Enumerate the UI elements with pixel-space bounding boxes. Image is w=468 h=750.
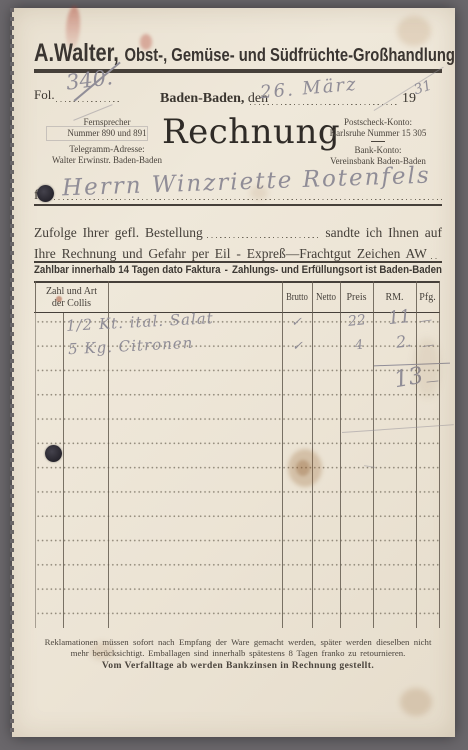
table-line — [35, 313, 36, 628]
conditions-line3: Vom Verfalltage ab werden Bankzinsen in … — [34, 660, 442, 671]
scanned-invoice: A.Walter, Obst-, Gemüse- und Südfrüchte-… — [0, 0, 468, 750]
table-line — [416, 313, 417, 628]
row2-rm: 2. — [395, 331, 412, 351]
collis-line2: der Collis — [35, 298, 108, 310]
contact-right-block: Postscheck-Konto: Karlsruhe Nummer 15 30… — [314, 117, 442, 166]
collis-line1: Zahl und Art — [35, 286, 108, 298]
row1-pfg: — — [419, 312, 433, 328]
terms-line: Zahlbar innerhalb 14 Tagen dato Faktura … — [34, 264, 442, 276]
punch-hole-middle — [45, 445, 62, 462]
folio-label: Fol. — [34, 87, 55, 103]
order-line1-left: Zufolge Ihrer gefl. Bestellung — [34, 225, 203, 241]
row1-brutto-check: ✓ — [291, 315, 302, 330]
folio-value-handwritten: 340. — [65, 65, 114, 95]
paper-stain — [400, 688, 432, 716]
order-line2-text: Ihre Rechnung und Gefahr per Eil - Expre… — [34, 246, 427, 262]
dateline-city: Baden-Baden, — [160, 91, 244, 106]
telegram-address: Walter Erwinstr. Baden-Baden — [40, 155, 174, 166]
order-line-1: Zufolge Ihrer gefl. Bestellung sandte ic… — [34, 225, 442, 241]
terms-separator: - — [225, 264, 228, 276]
telegram-label: Telegramm-Adresse: — [40, 144, 174, 155]
table-line — [108, 313, 109, 628]
company-name: A.Walter, — [34, 39, 119, 68]
col-header-rm: RM. — [373, 292, 416, 304]
col-header-collis: Zahl und Art der Collis — [35, 286, 108, 310]
recipient-name-handwritten: Herrn Winzriette Rotenfels — [62, 163, 431, 202]
col-header-preis: Preis — [340, 292, 373, 304]
col-header-pfg: Pfg. — [416, 292, 439, 304]
table-line — [373, 313, 374, 628]
row1-preis: 22 — [347, 312, 366, 330]
table-line — [439, 313, 440, 628]
total-pfg: — — [425, 373, 439, 389]
order-dotted-filler — [207, 237, 322, 238]
masthead: A.Walter, Obst-, Gemüse- und Südfrüchte-… — [34, 39, 455, 68]
dateline-dotted — [250, 104, 398, 105]
col-header-brutto: Brutto — [283, 292, 310, 304]
table-body-ruling — [35, 313, 440, 628]
contact-left-block: Fernsprecher Nummer 890 und 891 Telegram… — [40, 117, 174, 165]
row2-brutto-check: ✓ — [292, 339, 303, 354]
row1-rm: 11 — [387, 306, 412, 329]
postal-number: Karlsruhe Nummer 15 305 — [314, 128, 442, 139]
pencil-box-around-number — [46, 126, 148, 141]
conditions-line2: mehr berücksichtigt. Emballagen sind inn… — [34, 648, 442, 658]
recipient-rule — [34, 204, 442, 206]
terms-part1: Zahlbar innerhalb 14 Tagen dato Faktura — [34, 264, 221, 276]
company-trade: Obst-, Gemüse- und Südfrüchte-Großhandlu… — [124, 44, 455, 66]
contact-divider — [371, 141, 385, 142]
dateline-year-printed: 19 — [402, 91, 416, 107]
table-line — [63, 313, 64, 628]
invoice-paper: A.Walter, Obst-, Gemüse- und Südfrüchte-… — [12, 8, 455, 737]
row2-preis: 4 — [354, 338, 364, 354]
paper-deckle-edge — [10, 8, 14, 737]
date-handwritten: 26. März — [259, 74, 358, 103]
table-line — [340, 313, 341, 628]
table-line — [312, 313, 313, 628]
table-top-border — [34, 281, 440, 283]
table-line — [282, 313, 283, 628]
terms-part2: Zahlungs- und Erfüllungsort ist Baden-Ba… — [232, 264, 442, 276]
folio-dotted-line — [56, 101, 120, 102]
postal-label: Postscheck-Konto: — [314, 117, 442, 128]
row2-pfg: — — [421, 337, 435, 353]
order-line2-dotted — [431, 258, 438, 259]
document-title: Rechnung — [162, 112, 327, 152]
col-header-netto: Netto — [313, 292, 338, 304]
order-line-2: Ihre Rechnung und Gefahr per Eil - Expre… — [34, 246, 442, 262]
terms-top-rule — [34, 261, 442, 263]
table-line — [108, 281, 109, 313]
punch-hole-top — [37, 185, 54, 202]
table-line — [439, 281, 440, 313]
total-rm: 13 — [392, 363, 425, 394]
bank-label: Bank-Konto: — [314, 145, 442, 156]
conditions-line1: Reklamationen müssen sofort nach Empfang… — [34, 637, 442, 647]
order-line1-right: sandte ich Ihnen auf — [325, 225, 442, 241]
